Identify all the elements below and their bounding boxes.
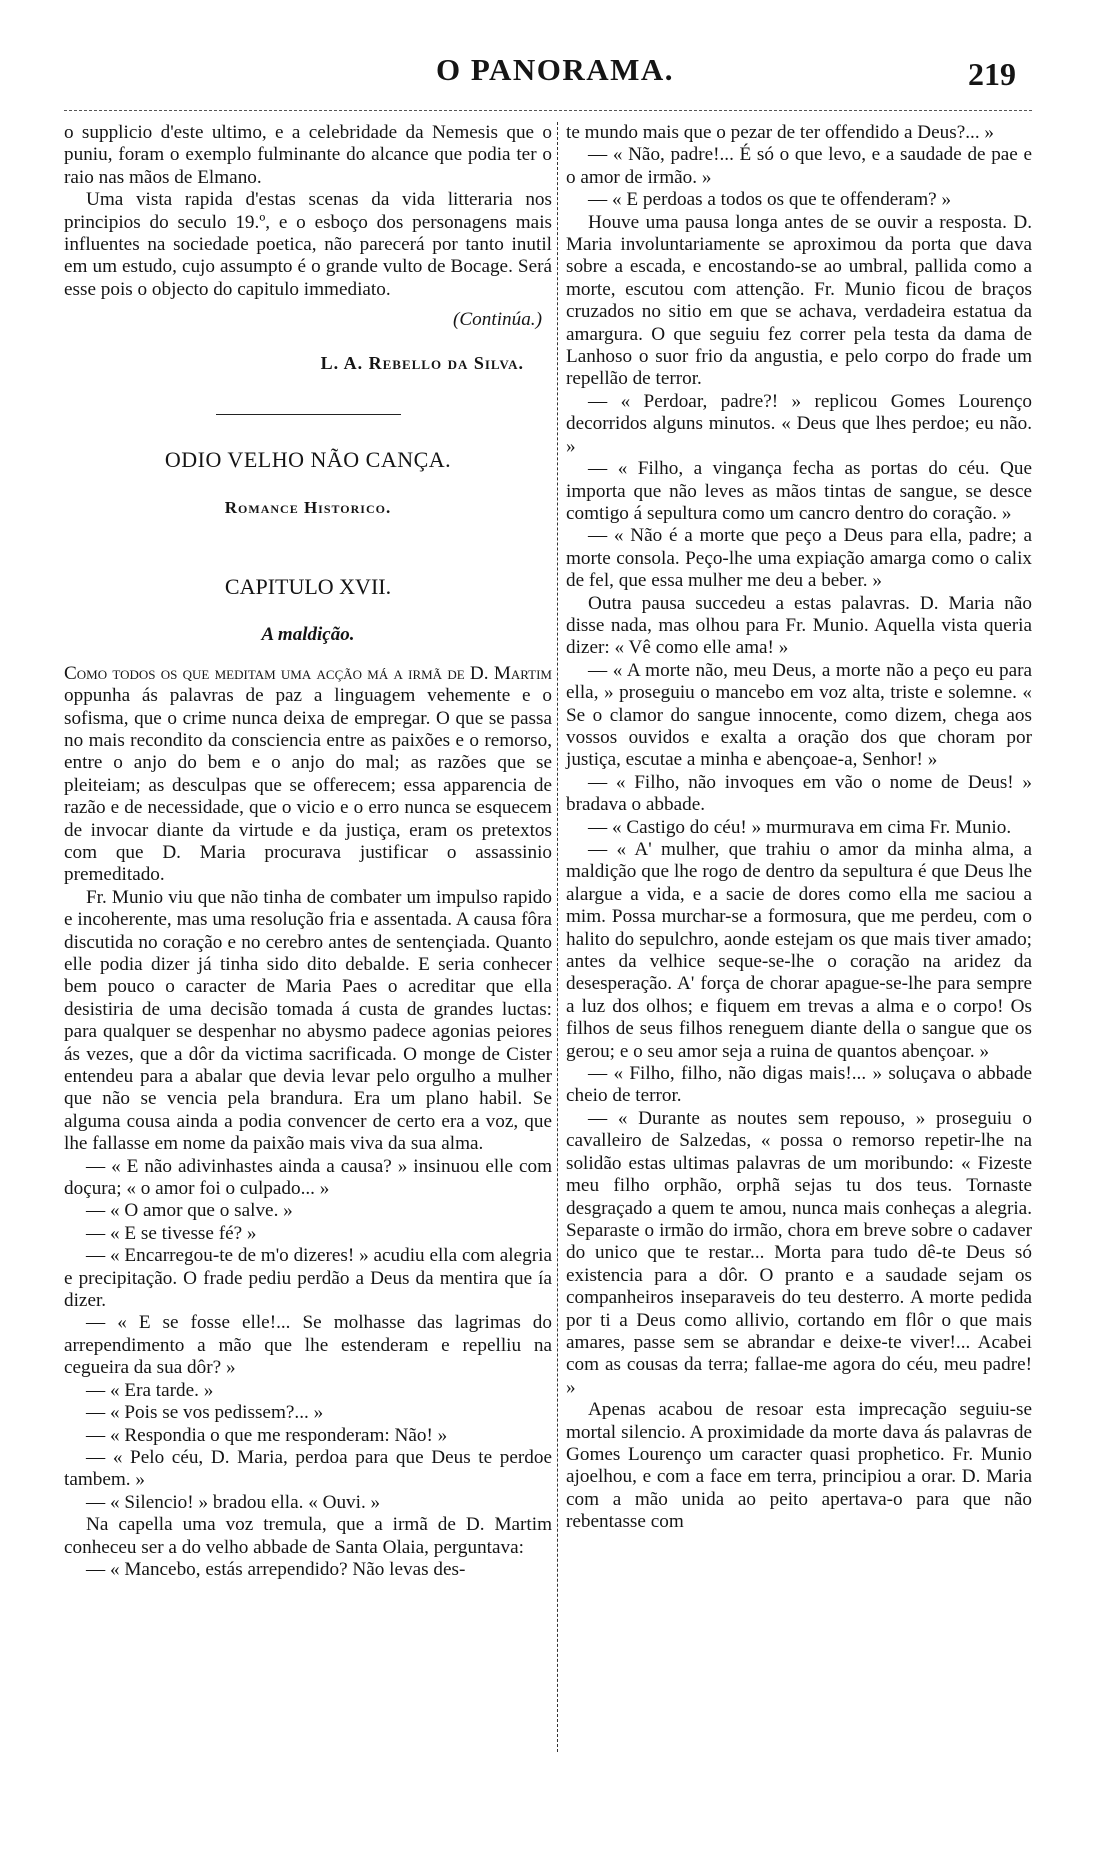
work-subtitle: Romance Historico. xyxy=(64,497,552,519)
work-title: ODIO VELHO NÃO CANÇA. xyxy=(64,449,552,471)
dialogue-line: — « Durante as noutes sem repouso, » pro… xyxy=(566,1108,1032,1399)
dialogue-line: — « O amor que o salve. » xyxy=(64,1200,552,1222)
paragraph: Apenas acabou de resoar esta imprecação … xyxy=(566,1399,1032,1533)
dialogue-line: — « Castigo do céu! » murmurava em cima … xyxy=(566,817,1032,839)
dialogue-line: — « Respondia o que me responderam: Não!… xyxy=(64,1425,552,1447)
dialogue-line: — « Perdoar, padre?! » replicou Gomes Lo… xyxy=(566,391,1032,458)
paragraph: o supplicio d'este ultimo, e a celebrida… xyxy=(64,122,552,189)
paragraph: Na capella uma voz tremula, que a irmã d… xyxy=(64,1514,552,1559)
paragraph: te mundo mais que o pezar de ter offendi… xyxy=(566,122,1032,144)
header-rule xyxy=(64,110,1032,111)
dialogue-line: — « E perdoas a todos os que te offender… xyxy=(566,189,1032,211)
continua-note: (Continúa.) xyxy=(64,309,542,331)
dialogue-line: — « Era tarde. » xyxy=(64,1380,552,1402)
journal-title: O PANORAMA. xyxy=(0,52,1100,88)
dialogue-line: — « Filho, a vingança fecha as portas do… xyxy=(566,458,1032,525)
paragraph: Como todos os que meditam uma acção má a… xyxy=(64,663,552,887)
dialogue-line: — « Não é a morte que peço a Deus para e… xyxy=(566,525,1032,592)
dialogue-line: — « Silencio! » bradou ella. « Ouvi. » xyxy=(64,1492,552,1514)
paragraph: Houve uma pausa longa antes de se ouvir … xyxy=(566,212,1032,391)
paragraph: Outra pausa succedeu a estas palavras. D… xyxy=(566,593,1032,660)
paragraph: Uma vista rapida d'estas scenas da vida … xyxy=(64,189,552,301)
paragraph: Fr. Munio viu que não tinha de combater … xyxy=(64,887,552,1156)
dialogue-line: — « Filho, filho, não digas mais!... » s… xyxy=(566,1063,1032,1108)
author-signature: L. A. Rebello da Silva. xyxy=(64,352,524,374)
column-divider xyxy=(557,122,558,1752)
page-number: 219 xyxy=(968,56,1016,93)
dialogue-line: — « Encarregou-te de m'o dizeres! » acud… xyxy=(64,1245,552,1312)
dialogue-line: — « A' mulher, que trahiu o amor da minh… xyxy=(566,839,1032,1063)
dialogue-line: — « Não, padre!... É só o que levo, e a … xyxy=(566,144,1032,189)
right-column: te mundo mais que o pezar de ter offendi… xyxy=(566,122,1032,1534)
dialogue-line: — « Mancebo, estás arrependido? Não leva… xyxy=(64,1559,552,1581)
dialogue-line: — « A morte não, meu Deus, a morte não a… xyxy=(566,660,1032,772)
chapter-heading: CAPITULO XVII. xyxy=(64,576,552,598)
section-divider xyxy=(216,414,401,415)
dialogue-line: — « Pois se vos pedissem?... » xyxy=(64,1402,552,1424)
dialogue-line: — « E se fosse elle!... Se molhasse das … xyxy=(64,1312,552,1379)
dialogue-line: — « E se tivesse fé? » xyxy=(64,1223,552,1245)
left-column: o supplicio d'este ultimo, e a celebrida… xyxy=(64,122,552,1581)
dialogue-line: — « Filho, não invoques em vão o nome de… xyxy=(566,772,1032,817)
dialogue-line: — « Pelo céu, D. Maria, perdoa para que … xyxy=(64,1447,552,1492)
chapter-title: A maldição. xyxy=(64,624,552,646)
dialogue-line: — « E não adivinhastes ainda a causa? » … xyxy=(64,1156,552,1201)
